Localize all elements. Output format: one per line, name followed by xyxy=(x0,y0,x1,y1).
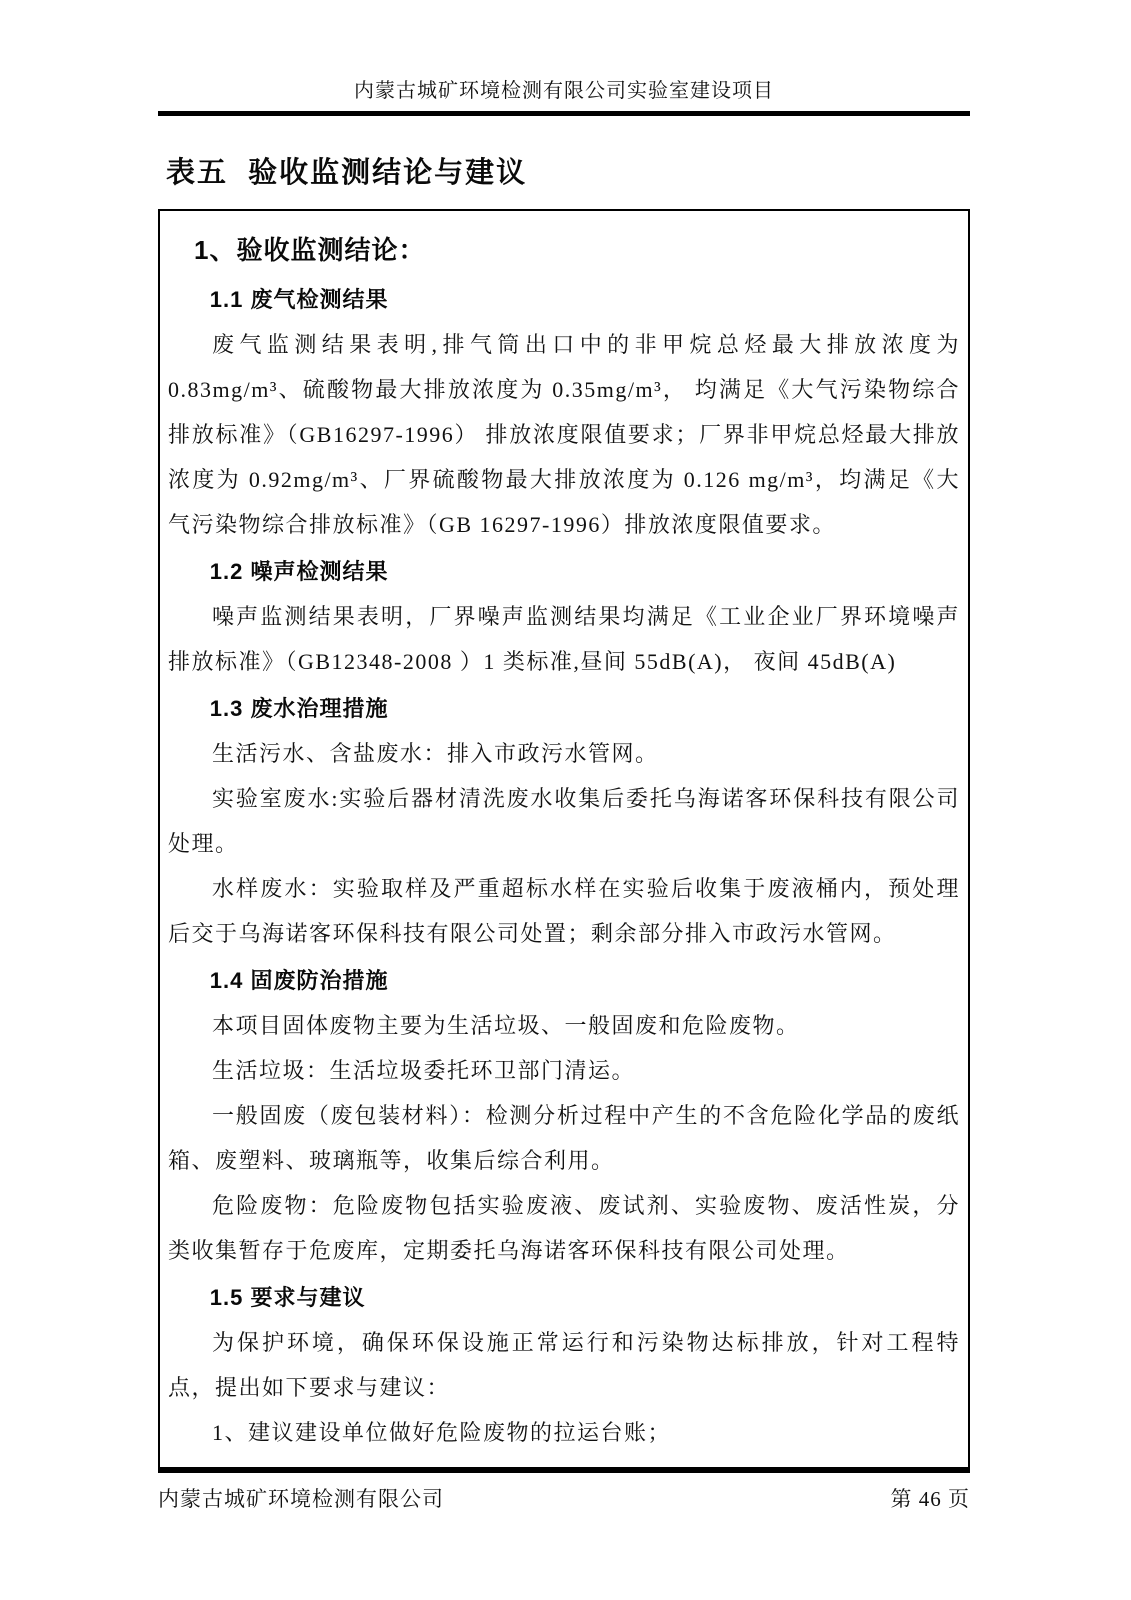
header-rule xyxy=(158,111,970,116)
section-heading-waste-gas: 1.1 废气检测结果 xyxy=(168,277,960,322)
section-heading-wastewater: 1.3 废水治理措施 xyxy=(168,686,960,731)
header-project-title: 内蒙古城矿环境检测有限公司实验室建设项目 xyxy=(158,74,970,103)
paragraph: 水样废水：实验取样及严重超标水样在实验后收集于废液桶内，预处理后交于乌海诺客环保… xyxy=(168,866,960,956)
footer-company: 内蒙古城矿环境检测有限公司 xyxy=(158,1483,444,1513)
section-waste-gas: 1.1 废气检测结果 废气监测结果表明,排气筒出口中的非甲烷总烃最大排放浓度为 … xyxy=(168,277,960,547)
paragraph: 生活污水、含盐废水：排入市政污水管网。 xyxy=(168,731,960,776)
section-solid-waste: 1.4 固废防治措施 本项目固体废物主要为生活垃圾、一般固废和危险废物。 生活垃… xyxy=(168,958,960,1273)
section-heading-solid-waste: 1.4 固废防治措施 xyxy=(168,958,960,1003)
paragraph: 危险废物：危险废物包括实验废液、废试剂、实验废物、废活性炭，分类收集暂存于危废库… xyxy=(168,1183,960,1273)
section-requirements: 1.5 要求与建议 为保护环境，确保环保设施正常运行和污染物达标排放，针对工程特… xyxy=(168,1275,960,1455)
paragraph: 一般固废（废包装材料）：检测分析过程中产生的不含危险化学品的废纸箱、废塑料、玻璃… xyxy=(168,1093,960,1183)
paragraph: 1、建议建设单位做好危险废物的拉运台账； xyxy=(168,1410,960,1455)
page-footer: 内蒙古城矿环境检测有限公司 第 46 页 xyxy=(158,1468,970,1513)
paragraph: 废气监测结果表明,排气筒出口中的非甲烷总烃最大排放浓度为 0.83mg/m³、硫… xyxy=(168,322,960,547)
footer-page-number: 第 46 页 xyxy=(891,1483,971,1513)
page-title: 表五 验收监测结论与建议 xyxy=(166,150,970,191)
document-page: 内蒙古城矿环境检测有限公司实验室建设项目 表五 验收监测结论与建议 1、验收监测… xyxy=(0,0,1131,1600)
section-wastewater: 1.3 废水治理措施 生活污水、含盐废水：排入市政污水管网。 实验室废水:实验后… xyxy=(168,686,960,956)
box-heading: 1、验收监测结论： xyxy=(168,225,960,275)
footer-rule xyxy=(158,1468,970,1473)
section-heading-noise: 1.2 噪声检测结果 xyxy=(168,549,960,594)
section-heading-requirements: 1.5 要求与建议 xyxy=(168,1275,960,1320)
paragraph: 噪声监测结果表明，厂界噪声监测结果均满足《工业企业厂界环境噪声排放标准》（GB1… xyxy=(168,594,960,684)
conclusion-box: 1、验收监测结论： 1.1 废气检测结果 废气监测结果表明,排气筒出口中的非甲烷… xyxy=(158,209,970,1471)
paragraph: 生活垃圾：生活垃圾委托环卫部门清运。 xyxy=(168,1048,960,1093)
paragraph: 本项目固体废物主要为生活垃圾、一般固废和危险废物。 xyxy=(168,1003,960,1048)
paragraph: 实验室废水:实验后器材清洗废水收集后委托乌海诺客环保科技有限公司处理。 xyxy=(168,776,960,866)
paragraph: 为保护环境，确保环保设施正常运行和污染物达标排放，针对工程特点，提出如下要求与建… xyxy=(168,1320,960,1410)
section-noise: 1.2 噪声检测结果 噪声监测结果表明，厂界噪声监测结果均满足《工业企业厂界环境… xyxy=(168,549,960,684)
page-content: 内蒙古城矿环境检测有限公司实验室建设项目 表五 验收监测结论与建议 1、验收监测… xyxy=(158,0,970,1471)
